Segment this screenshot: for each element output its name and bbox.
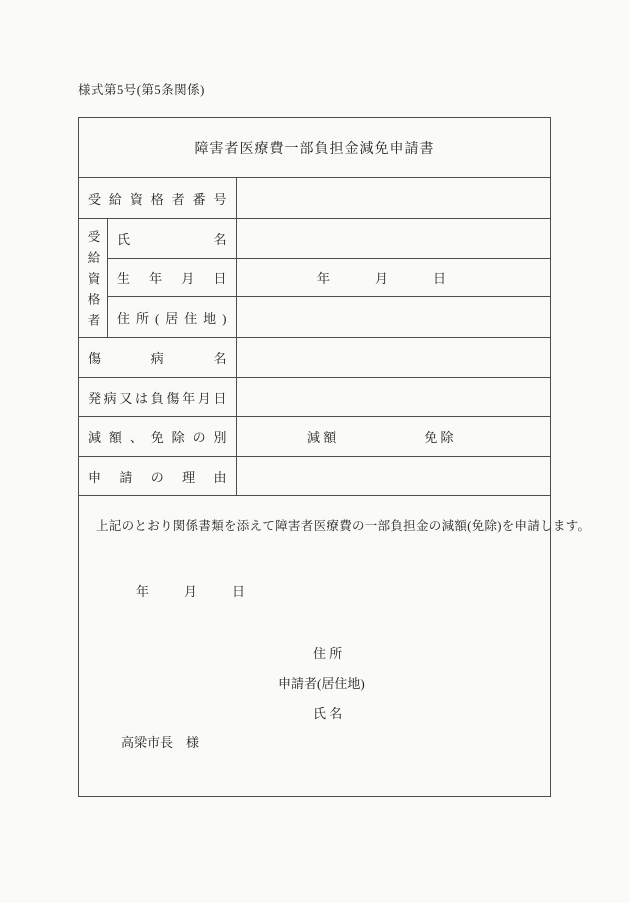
- disease-value-cell: [237, 338, 550, 377]
- date-month-label: 月: [184, 581, 197, 600]
- birthdate-day-label: 日: [433, 268, 446, 287]
- address-value-cell: [237, 297, 550, 337]
- disease-row: 傷病名: [79, 338, 550, 378]
- reason-label-cell: 申請の理由: [79, 457, 237, 495]
- declaration-statement: 上記のとおり関係書類を添えて障害者医療費の一部負担金の減額(免除)を申請します。: [96, 516, 590, 534]
- date-day-label: 日: [232, 581, 245, 600]
- birthdate-month-label: 月: [375, 268, 388, 287]
- disease-label: 傷病名: [79, 348, 236, 367]
- application-form-table: 障害者医療費一部負担金減免申請書 受給資格者番号 受給資格者 氏名 生年月日: [78, 117, 551, 797]
- disease-label-cell: 傷病名: [79, 338, 237, 377]
- recipient-number-value-cell: [237, 178, 550, 218]
- birthdate-value-cell: 年 月 日: [237, 259, 550, 298]
- name-label: 氏名: [108, 229, 236, 248]
- category-row: 減額、免除の別 減 額 免 除: [79, 417, 550, 457]
- recipient-number-label: 受給資格者番号: [79, 189, 236, 208]
- applicant-name-label: 氏 名: [313, 703, 342, 722]
- birthdate-label: 生年月日: [108, 268, 236, 287]
- onset-date-label-cell: 発病又は負傷年月日: [79, 378, 237, 416]
- title-row: 障害者医療費一部負担金減免申請書: [79, 118, 550, 178]
- onset-date-label: 発病又は負傷年月日: [79, 388, 236, 407]
- name-label-cell: 氏名: [108, 219, 236, 259]
- document-page: 様式第5号(第5条関係) 障害者医療費一部負担金減免申請書 受給資格者番号 受給…: [0, 0, 630, 903]
- recipient-group-labels: 氏名 生年月日 住所(居住地): [108, 219, 237, 337]
- form-title: 障害者医療費一部負担金減免申請書: [195, 138, 435, 158]
- recipient-group-label: 受給資格者: [84, 219, 102, 337]
- birthdate-label-cell: 生年月日: [108, 259, 236, 298]
- reason-value-cell: [237, 457, 550, 495]
- category-options: 減 額 免 除: [237, 427, 454, 446]
- name-value-cell: [237, 219, 550, 259]
- birthdate-year-label: 年: [317, 268, 330, 287]
- category-option-reduction: 減 額: [307, 427, 336, 446]
- birthdate-value: 年 月 日: [237, 268, 446, 287]
- address-label: 住所(居住地): [108, 308, 236, 327]
- declaration-area: 上記のとおり関係書類を添えて障害者医療費の一部負担金の減額(免除)を申請します。…: [79, 496, 550, 796]
- date-year-label: 年: [136, 581, 149, 600]
- onset-date-row: 発病又は負傷年月日: [79, 378, 550, 417]
- addressee-mayor-label: 高梁市長 様: [121, 732, 199, 751]
- recipient-group-side-cell: 受給資格者: [79, 219, 108, 337]
- category-option-exemption: 免 除: [424, 427, 453, 446]
- reason-label: 申請の理由: [79, 467, 236, 486]
- recipient-number-row: 受給資格者番号: [79, 178, 550, 219]
- category-label: 減額、免除の別: [79, 427, 236, 446]
- recipient-group-row: 受給資格者 氏名 生年月日 住所(居住地) 年 月: [79, 219, 550, 338]
- category-label-cell: 減額、免除の別: [79, 417, 237, 456]
- recipient-number-label-cell: 受給資格者番号: [79, 178, 237, 218]
- onset-date-value-cell: [237, 378, 550, 416]
- category-value-cell: 減 額 免 除: [237, 417, 550, 456]
- applicant-label: 申請者(居住地): [278, 673, 365, 692]
- reason-row: 申請の理由: [79, 457, 550, 496]
- form-number: 様式第5号(第5条関係): [78, 80, 205, 98]
- recipient-group-values: 年 月 日: [237, 219, 550, 337]
- address-label-cell: 住所(居住地): [108, 297, 236, 337]
- application-date-line: 年 月 日: [136, 581, 245, 600]
- applicant-address-label: 住 所: [313, 643, 342, 662]
